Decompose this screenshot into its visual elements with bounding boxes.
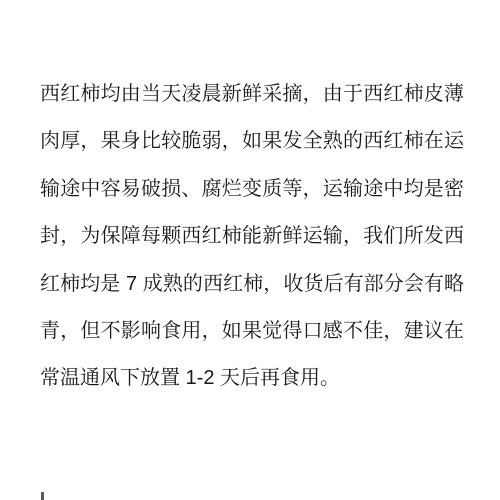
- text-line-3: 输途中容易破损、腐烂变质等，运输途中均是密: [40, 166, 464, 213]
- description-paragraph: 西红柿均由当天凌晨新鲜采摘，由于西红柿皮薄 肉厚，果身比较脆弱，如果发全熟的西红…: [40, 71, 464, 403]
- text-line-5: 红柿均是 7 成熟的西红柿，收货后有部分会有略: [40, 261, 464, 308]
- product-description-page: 西红柿均由当天凌晨新鲜采摘，由于西红柿皮薄 肉厚，果身比较脆弱，如果发全熟的西红…: [0, 0, 500, 500]
- clipped-glyph-mark: [41, 492, 44, 500]
- text-line-6: 青，但不影响食用，如果觉得口感不佳，建议在: [40, 308, 464, 355]
- text-line-1: 西红柿均由当天凌晨新鲜采摘，由于西红柿皮薄: [40, 71, 464, 118]
- text-line-7: 常温通风下放置 1-2 天后再食用。: [40, 355, 464, 402]
- text-line-4: 封，为保障每颗西红柿能新鲜运输，我们所发西: [40, 213, 464, 260]
- text-line-2: 肉厚，果身比较脆弱，如果发全熟的西红柿在运: [40, 118, 464, 165]
